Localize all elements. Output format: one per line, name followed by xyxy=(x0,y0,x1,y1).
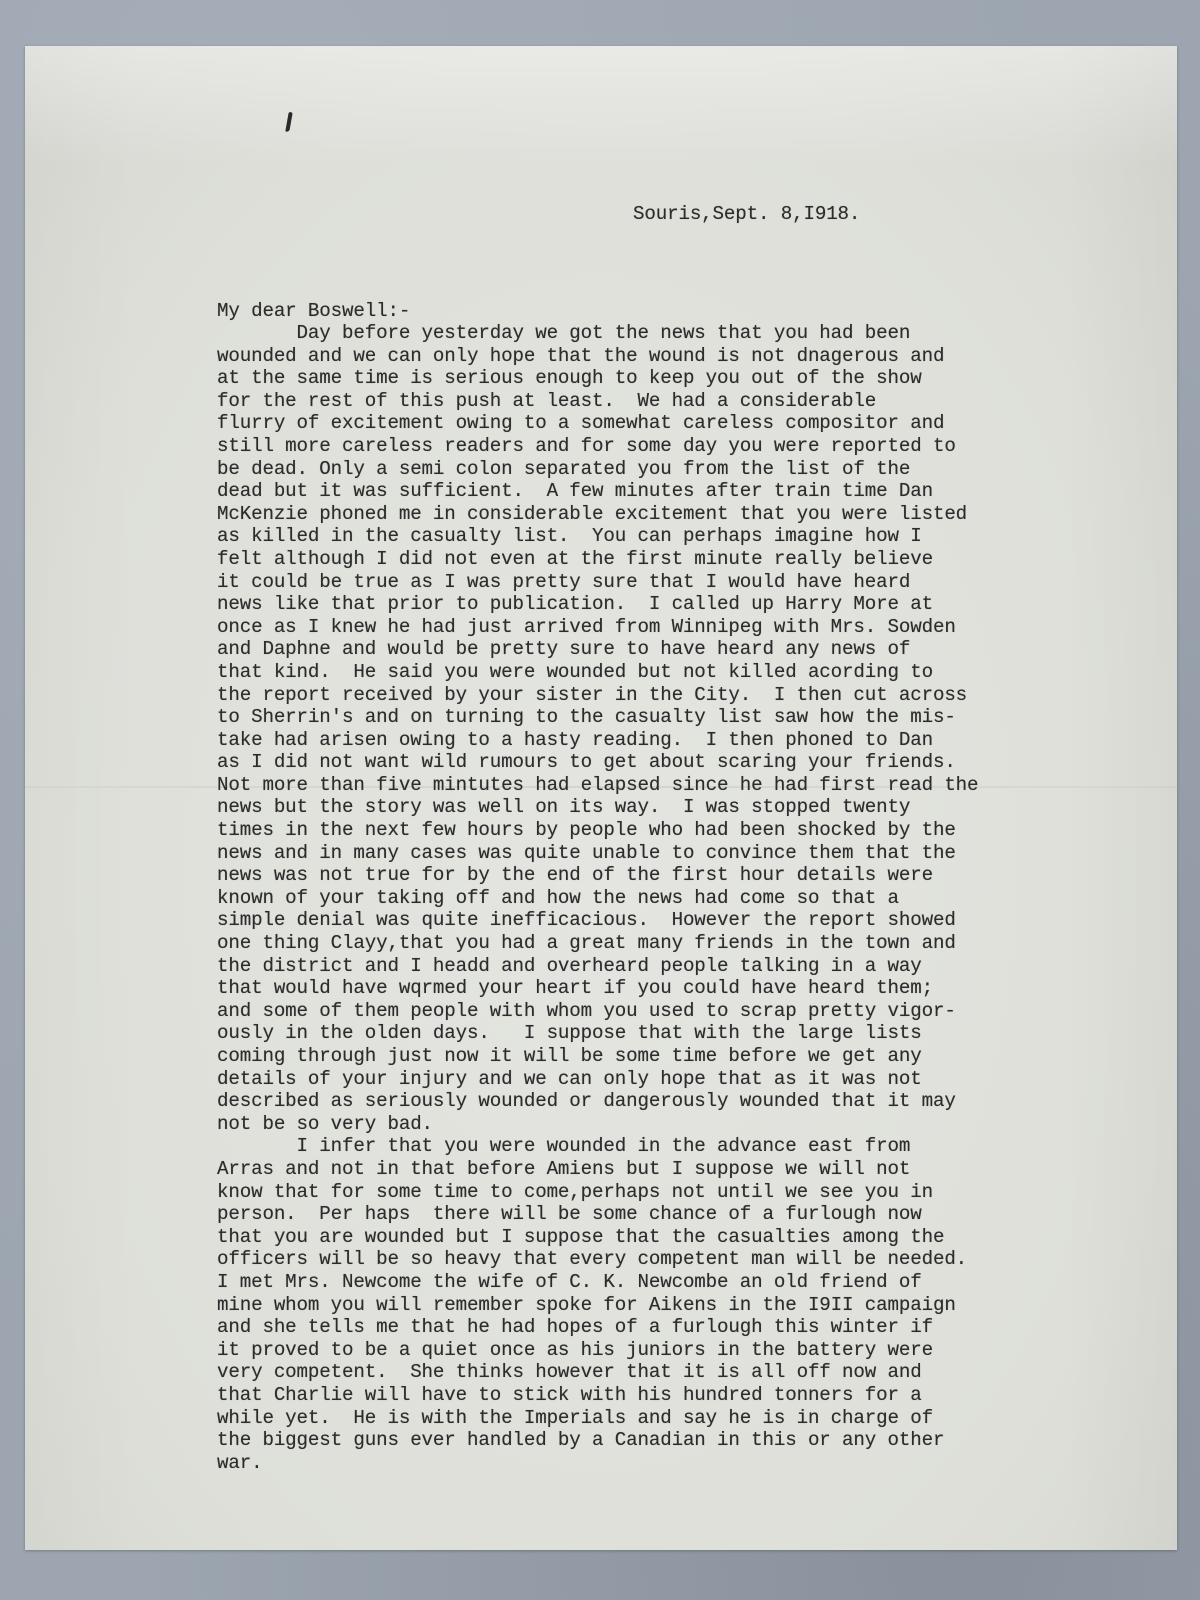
letter-line: to Sherrin's and on turning to the casua… xyxy=(217,706,978,729)
letter-line: know that for some time to come,perhaps … xyxy=(217,1181,978,1204)
letter-line: be dead. Only a semi colon separated you… xyxy=(217,458,978,481)
letter-line: that would have wqrmed your heart if you… xyxy=(217,977,978,1000)
letter-line: Arras and not in that before Amiens but … xyxy=(217,1158,978,1181)
letter-line: the report received by your sister in th… xyxy=(217,684,978,707)
letter-line: felt although I did not even at the firs… xyxy=(217,548,978,571)
letter-line: the biggest guns ever handled by a Canad… xyxy=(217,1429,978,1452)
ink-mark xyxy=(285,112,292,132)
letter-line: known of your taking off and how the new… xyxy=(217,887,978,910)
letter-line: described as seriously wounded or danger… xyxy=(217,1090,978,1113)
letter-line: and Daphne and would be pretty sure to h… xyxy=(217,638,978,661)
letter-line: news was not true for by the end of the … xyxy=(217,864,978,887)
letter-line: news but the story was well on its way. … xyxy=(217,796,978,819)
letter-line: one thing Clayy,that you had a great man… xyxy=(217,932,978,955)
letter-line: war. xyxy=(217,1452,978,1475)
letter-line: McKenzie phoned me in considerable excit… xyxy=(217,503,978,526)
letter-line: coming through just now it will be some … xyxy=(217,1045,978,1068)
letter-line: mine whom you will remember spoke for Ai… xyxy=(217,1294,978,1317)
letter-line: take had arisen owing to a hasty reading… xyxy=(217,729,978,752)
letter-body: Day before yesterday we got the news tha… xyxy=(217,322,978,1474)
letter-line: as killed in the casualty list. You can … xyxy=(217,525,978,548)
letter-line: and she tells me that he had hopes of a … xyxy=(217,1316,978,1339)
letter-line: still more careless readers and for some… xyxy=(217,435,978,458)
letter-line: that you are wounded but I suppose that … xyxy=(217,1226,978,1249)
letter-line: I infer that you were wounded in the adv… xyxy=(217,1135,978,1158)
letter-line: while yet. He is with the Imperials and … xyxy=(217,1407,978,1430)
letter-line: details of your injury and we can only h… xyxy=(217,1068,978,1091)
letter-line: dead but it was sufficient. A few minute… xyxy=(217,480,978,503)
letter-line: that kind. He said you were wounded but … xyxy=(217,661,978,684)
letter-date-line: Souris,Sept. 8,I918. xyxy=(633,203,860,225)
letter-line: it could be true as I was pretty sure th… xyxy=(217,571,978,594)
letter-line: ously in the olden days. I suppose that … xyxy=(217,1022,978,1045)
letter-line: the district and I headd and overheard p… xyxy=(217,955,978,978)
letter-line: I met Mrs. Newcome the wife of C. K. New… xyxy=(217,1271,978,1294)
letter-line: it proved to be a quiet once as his juni… xyxy=(217,1339,978,1362)
letter-line: for the rest of this push at least. We h… xyxy=(217,390,978,413)
letter-line: flurry of excitement owing to a somewhat… xyxy=(217,412,978,435)
letter-line: Not more than five mintutes had elapsed … xyxy=(217,774,978,797)
letter-line: times in the next few hours by people wh… xyxy=(217,819,978,842)
letter-line: officers will be so heavy that every com… xyxy=(217,1248,978,1271)
letter-line: news and in many cases was quite unable … xyxy=(217,842,978,865)
letter-line: person. Per haps there will be some chan… xyxy=(217,1203,978,1226)
letter-line: once as I knew he had just arrived from … xyxy=(217,616,978,639)
letter-line: simple denial was quite inefficacious. H… xyxy=(217,909,978,932)
letter-line: that Charlie will have to stick with his… xyxy=(217,1384,978,1407)
letter-salutation: My dear Boswell:- xyxy=(217,300,410,322)
letter-line: news like that prior to publication. I c… xyxy=(217,593,978,616)
letter-line: and some of them people with whom you us… xyxy=(217,1000,978,1023)
letter-line: wounded and we can only hope that the wo… xyxy=(217,345,978,368)
letter-line: very competent. She thinks however that … xyxy=(217,1361,978,1384)
letter-line: as I did not want wild rumours to get ab… xyxy=(217,751,978,774)
letter-line: not be so very bad. xyxy=(217,1113,978,1136)
letter-line: at the same time is serious enough to ke… xyxy=(217,367,978,390)
letter-line: Day before yesterday we got the news tha… xyxy=(217,322,978,345)
